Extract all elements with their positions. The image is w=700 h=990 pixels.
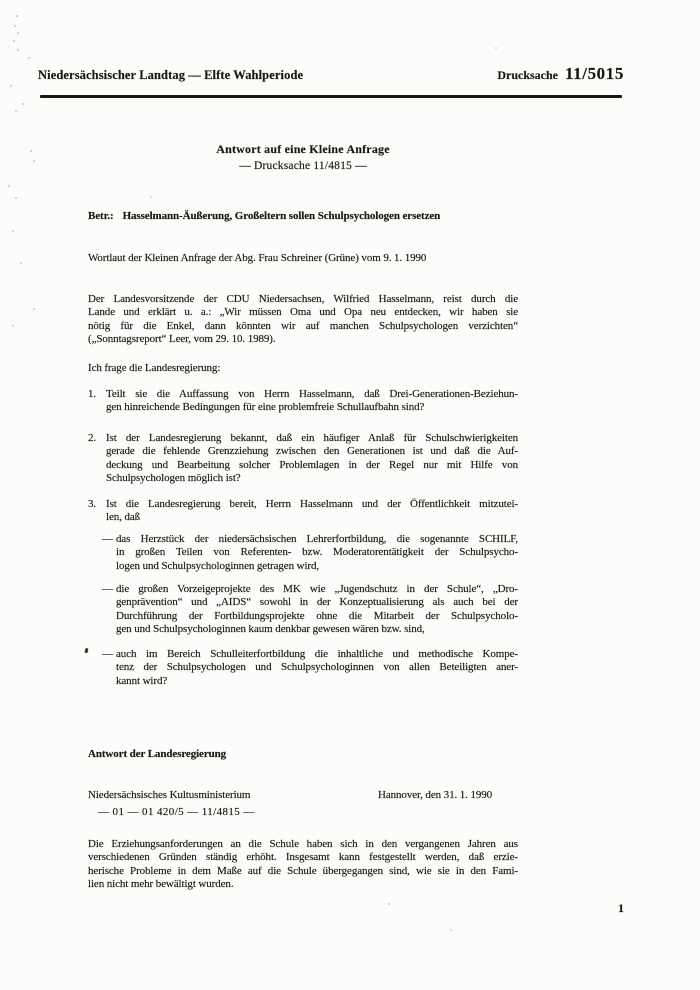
scan-speck xyxy=(13,40,15,42)
question-3-text: Ist die Landesregierung bereit, Herrn Ha… xyxy=(106,498,518,525)
header-rule xyxy=(40,95,622,98)
document-title-block: Antwort auf eine Kleine Anfrage — Drucks… xyxy=(88,142,518,172)
question-1-text: Teilt sie die Auffassung von Herrn Hasse… xyxy=(106,388,518,415)
dash-bullet: — xyxy=(102,533,116,573)
ministry-name: Niedersächsisches Kultusministerium xyxy=(88,789,250,801)
scan-speck xyxy=(15,110,17,112)
text-line: deckung und Bearbeitung solcher Probleml… xyxy=(106,459,518,472)
text-line: genprävention“ und „AIDS“ sowohl in der … xyxy=(116,596,518,609)
question-3: 3. Ist die Landesregierung bereit, Herrn… xyxy=(88,498,518,525)
scan-speck xyxy=(28,57,30,59)
text-line: Teilt sie die Auffassung von Herrn Hasse… xyxy=(106,388,518,401)
scan-speck xyxy=(30,150,32,152)
scan-speck xyxy=(12,325,14,327)
text-line: Ist der Landesregierung bekannt, daß ein… xyxy=(106,432,518,445)
text-line: tenz der Schulpsychologen und Schulpsych… xyxy=(116,661,518,674)
scan-speck xyxy=(16,15,18,17)
text-line: lien nicht mehr bewältigt wurden. xyxy=(88,878,518,891)
scan-speck xyxy=(625,600,626,601)
dash-bullet: — xyxy=(102,648,116,688)
text-line: Schulpsychologen möglich ist? xyxy=(106,472,518,485)
text-line: das Herzstück der niedersächsischen Lehr… xyxy=(116,533,518,546)
question-2-number: 2. xyxy=(88,432,106,486)
scan-speck xyxy=(10,85,12,87)
scan-speck xyxy=(22,103,24,105)
text-line: gen und Schulpsychologinnen kaum denkbar… xyxy=(116,623,518,636)
scan-speck xyxy=(150,196,152,198)
file-reference: — 01 — 01 420/5 — 11/4815 — xyxy=(98,806,518,819)
page-number: 1 xyxy=(618,901,624,916)
scan-speck xyxy=(12,230,14,232)
text-line: gen hinreichende Bedingungen für eine pr… xyxy=(106,401,518,414)
question-3-subitem-2: — die großen Vorzeigeprojekte des MK wie… xyxy=(102,583,518,637)
text-line: len, daß xyxy=(106,511,518,524)
text-line: Die Erziehungsanforderungen an die Schul… xyxy=(88,838,518,851)
scan-speck xyxy=(14,25,16,27)
question-1-number: 1. xyxy=(88,388,106,415)
question-3-number: 3. xyxy=(88,498,106,525)
scan-speck xyxy=(15,197,17,199)
text-line: Durchführung der Fortbildungsprojekte oh… xyxy=(116,610,518,623)
text-line: herische Probleme in dem Maße auf die Sc… xyxy=(88,865,518,878)
scan-speck xyxy=(17,49,19,51)
text-line: in großen Teilen von Referenten- bzw. Mo… xyxy=(116,546,518,559)
document-body: Betr.: Hasselmann-Äußerung, Großeltern s… xyxy=(88,210,518,892)
scan-speck xyxy=(450,929,452,931)
document-header: Niedersächsischer Landtag — Elfte Wahlpe… xyxy=(38,64,624,84)
scan-speck xyxy=(10,34,11,35)
ministry-row: Niedersächsisches Kultusministerium Hann… xyxy=(88,789,518,802)
scan-speck xyxy=(8,46,9,47)
question-3-subitem-1-text: das Herzstück der niedersächsischen Lehr… xyxy=(116,533,518,573)
text-line: kannt wird? xyxy=(116,675,518,688)
text-line: nötig für die Enkel, dann könnten wir au… xyxy=(88,320,518,333)
scan-speck xyxy=(3,36,4,37)
scan-speck xyxy=(20,262,22,264)
scan-speck xyxy=(495,47,497,49)
scan-speck xyxy=(33,160,35,162)
answer-paragraph: Die Erziehungsanforderungen an die Schul… xyxy=(88,838,518,892)
text-line: („Sonntagsreport“ Leer, vom 29. 10. 1989… xyxy=(88,333,518,346)
text-line: gerade die fehlende Grenzziehung zwische… xyxy=(106,445,518,458)
subject-label: Betr.: xyxy=(88,210,114,223)
subject-text: Hasselmann-Äußerung, Großeltern sollen S… xyxy=(123,210,441,223)
question-3-subitem-3-text: auch im Bereich Schulleiterfortbildung d… xyxy=(116,648,518,688)
text-line: logen und Schulpsychologinnen getragen w… xyxy=(116,560,518,573)
text-line: Lande und erklärt u. a.: „Wir müssen Oma… xyxy=(88,306,518,319)
document-id-number: 11/5015 xyxy=(565,64,624,84)
document-id: Drucksache 11/5015 xyxy=(497,64,624,84)
place-date: Hannover, den 31. 1. 1990 xyxy=(378,789,492,802)
text-line: die großen Vorzeigeprojekte des MK wie „… xyxy=(116,583,518,596)
question-3-subitem-3: — auch im Bereich Schulleiterfortbildung… xyxy=(102,648,518,688)
preamble-line: Wortlaut der Kleinen Anfrage der Abg. Fr… xyxy=(88,252,518,265)
question-3-subitem-1: — das Herzstück der niedersächsischen Le… xyxy=(102,533,518,573)
statement-paragraph: Der Landesvorsitzende der CDU Niedersach… xyxy=(88,293,518,347)
scan-speck xyxy=(560,770,561,771)
parliament-title: Niedersächsischer Landtag — Elfte Wahlpe… xyxy=(38,68,303,83)
question-2: 2. Ist der Landesregierung bekannt, daß … xyxy=(88,432,518,486)
document-page: Niedersächsischer Landtag — Elfte Wahlpe… xyxy=(0,0,700,990)
document-title: Antwort auf eine Kleine Anfrage xyxy=(88,142,518,157)
document-id-label: Drucksache xyxy=(497,68,558,83)
text-line: Der Landesvorsitzende der CDU Niedersach… xyxy=(88,293,518,306)
scan-speck xyxy=(33,308,35,310)
subject-line: Betr.: Hasselmann-Äußerung, Großeltern s… xyxy=(88,210,518,223)
question-2-text: Ist der Landesregierung bekannt, daß ein… xyxy=(106,432,518,486)
text-line: verschiedenen Gründen ständig erhöht. In… xyxy=(88,851,518,864)
question-3-subitem-2-text: die großen Vorzeigeprojekte des MK wie „… xyxy=(116,583,518,637)
document-subtitle: — Drucksache 11/4815 — xyxy=(88,160,518,172)
scan-speck xyxy=(388,903,390,905)
question-lead: Ich frage die Landesregierung: xyxy=(88,362,518,375)
text-line: auch im Bereich Schulleiterfortbildung d… xyxy=(116,648,518,661)
question-1: 1. Teilt sie die Auffassung von Herrn Ha… xyxy=(88,388,518,415)
scan-speck xyxy=(8,185,10,187)
scan-speck xyxy=(17,32,19,34)
scan-speck xyxy=(26,63,27,64)
text-line: Ist die Landesregierung bereit, Herrn Ha… xyxy=(106,498,518,511)
answer-heading: Antwort der Landesregierung xyxy=(88,748,518,761)
dash-bullet: — xyxy=(102,583,116,637)
